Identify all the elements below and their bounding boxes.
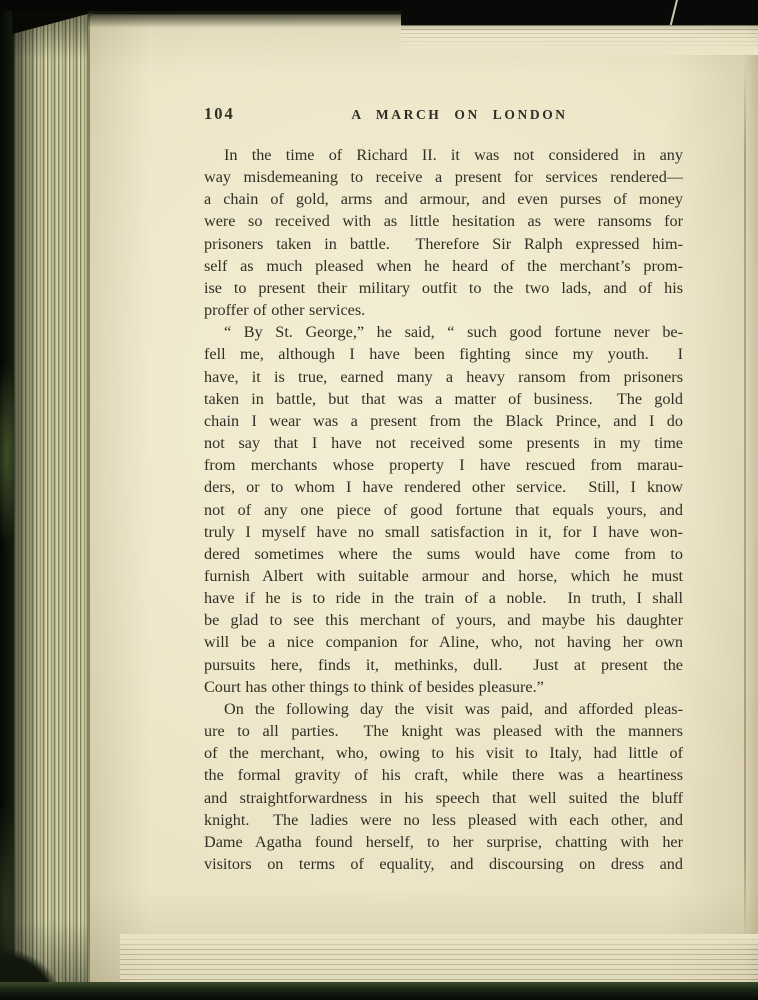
book-cover-bottom — [0, 982, 758, 1000]
text-line: visitors on terms of equality, and disco… — [204, 853, 683, 875]
text-line: prisoners taken in battle. Therefore Sir… — [204, 233, 683, 255]
text-line: On the following day the visit was paid,… — [204, 698, 683, 720]
text-line: fell me, although I have been fighting s… — [204, 343, 683, 365]
text-line: were so received with as little hesitati… — [204, 210, 683, 232]
text-line: pursuits here, finds it, methinks, dull.… — [204, 654, 683, 676]
page-content: 104 A MARCH ON LONDON In the time of Ric… — [204, 103, 683, 875]
text-line: In the time of Richard II. it was not co… — [204, 144, 683, 166]
text-line: way misdemeaning to receive a present fo… — [204, 166, 683, 188]
text-line: proffer of other services. — [204, 299, 683, 321]
text-line: be glad to see this merchant of yours, a… — [204, 609, 683, 631]
text-line: have, it is true, earned many a heavy ra… — [204, 366, 683, 388]
text-line: truly I myself have no small satisfactio… — [204, 521, 683, 543]
scan-black-band-top-right — [401, 0, 758, 25]
page-body: In the time of Richard II. it was not co… — [204, 144, 683, 875]
running-title: A MARCH ON LONDON — [351, 104, 567, 126]
book-page: 104 A MARCH ON LONDON In the time of Ric… — [88, 14, 758, 989]
scanned-book-photo: 104 A MARCH ON LONDON In the time of Ric… — [0, 0, 758, 1000]
text-line: “ By St. George,” he said, “ such good f… — [204, 321, 683, 343]
text-line: ure to all parties. The knight was pleas… — [204, 720, 683, 742]
text-line: will be a nice companion for Aline, who,… — [204, 631, 683, 653]
text-line: ders, or to whom I have rendered other s… — [204, 476, 683, 498]
paragraph: “ By St. George,” he said, “ such good f… — [204, 321, 683, 698]
page-header: 104 A MARCH ON LONDON — [204, 103, 683, 125]
text-line: ise to present their military outfit to … — [204, 277, 683, 299]
page-right-shadow — [744, 15, 758, 987]
text-line: knight. The ladies were no less pleased … — [204, 809, 683, 831]
text-line: and straightforwardness in his speech th… — [204, 787, 683, 809]
paragraph: In the time of Richard II. it was not co… — [204, 144, 683, 321]
page-edges-top-right — [401, 25, 758, 55]
text-line: a chain of gold, arms and armour, and ev… — [204, 188, 683, 210]
text-line: not of any one piece of good fortune tha… — [204, 499, 683, 521]
text-line: self as much pleased when he heard of th… — [204, 255, 683, 277]
text-line: chain I wear was a present from the Blac… — [204, 410, 683, 432]
text-line: dered sometimes where the sums would hav… — [204, 543, 683, 565]
scratch-mark — [670, 0, 679, 26]
text-line: from merchants whose property I have res… — [204, 454, 683, 476]
text-line: of the merchant, who, owing to his visit… — [204, 742, 683, 764]
text-line: have if he is to ride in the train of a … — [204, 587, 683, 609]
text-line: not say that I have not received some pr… — [204, 432, 683, 454]
page-number: 104 — [204, 103, 235, 125]
text-line: furnish Albert with suitable armour and … — [204, 565, 683, 587]
text-line: taken in battle, but that was a matter o… — [204, 388, 683, 410]
text-line: Court has other things to think of besid… — [204, 676, 683, 698]
page-edges-left — [14, 10, 92, 990]
paragraph: On the following day the visit was paid,… — [204, 698, 683, 875]
text-line: Dame Agatha found herself, to her surpri… — [204, 831, 683, 853]
page-edges-bottom — [120, 934, 758, 984]
text-line: the formal gravity of his craft, while t… — [204, 764, 683, 786]
